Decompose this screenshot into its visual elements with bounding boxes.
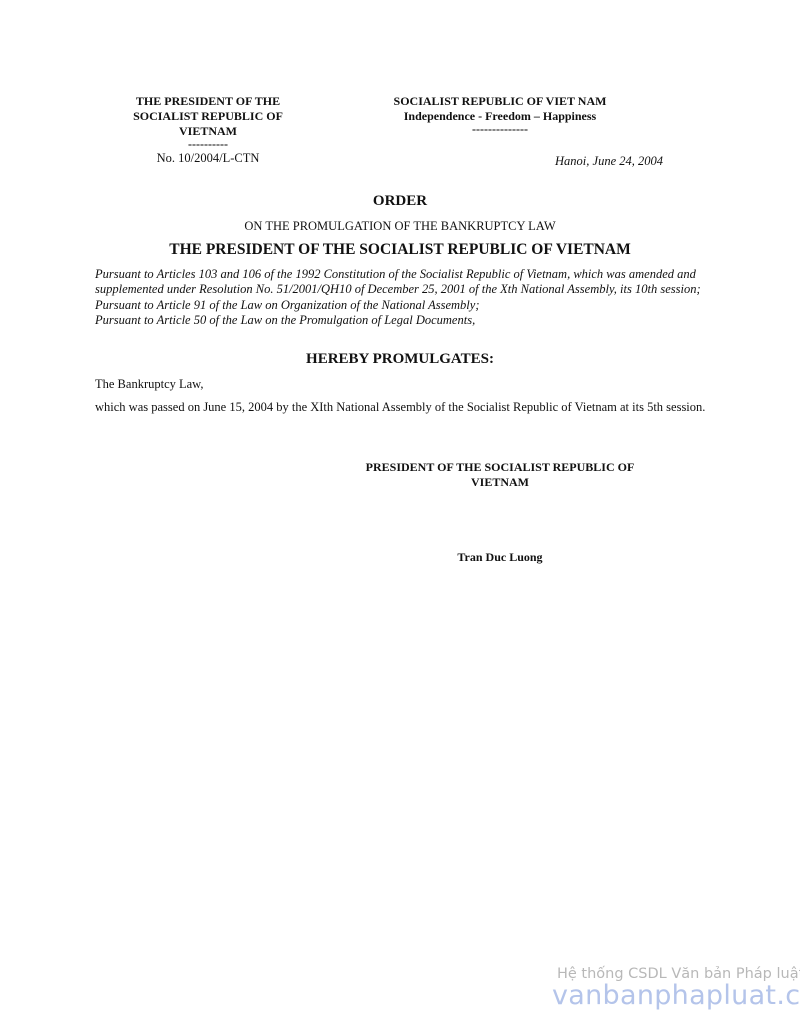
- issuer-separator: ----------: [108, 139, 308, 150]
- signatory-name: Tran Duc Luong: [340, 550, 660, 565]
- pursuant-clauses: Pursuant to Articles 103 and 106 of the …: [95, 267, 715, 328]
- issuer-line-2: SOCIALIST REPUBLIC OF: [108, 109, 308, 124]
- signatory-title: PRESIDENT OF THE SOCIALIST REPUBLIC OF V…: [340, 460, 660, 490]
- motto-separator: --------------: [360, 124, 640, 135]
- body-paragraph: The Bankruptcy Law,: [95, 377, 715, 392]
- pursuant-clause: Pursuant to Articles 103 and 106 of the …: [95, 267, 715, 298]
- pursuant-clause: Pursuant to Article 50 of the Law on the…: [95, 313, 715, 328]
- issuer-line-1: THE PRESIDENT OF THE: [108, 94, 308, 109]
- document-number: No. 10/2004/L-CTN: [108, 151, 308, 166]
- watermark-brand: vanbanphapluat.co: [552, 980, 800, 1011]
- issuer-block: THE PRESIDENT OF THE SOCIALIST REPUBLIC …: [108, 94, 308, 166]
- national-heading-block: SOCIALIST REPUBLIC OF VIET NAM Independe…: [360, 94, 640, 135]
- document-title: ORDER: [0, 193, 800, 210]
- country-name: SOCIALIST REPUBLIC OF VIET NAM: [360, 94, 640, 109]
- body-paragraph: which was passed on June 15, 2004 by the…: [95, 400, 715, 415]
- pursuant-clause: Pursuant to Article 91 of the Law on Org…: [95, 298, 715, 313]
- document-subtitle: ON THE PROMULGATION OF THE BANKRUPTCY LA…: [0, 219, 800, 234]
- authority-heading: THE PRESIDENT OF THE SOCIALIST REPUBLIC …: [0, 241, 800, 259]
- place-date: Hanoi, June 24, 2004: [500, 154, 663, 169]
- promulgates-heading: HEREBY PROMULGATES:: [0, 351, 800, 368]
